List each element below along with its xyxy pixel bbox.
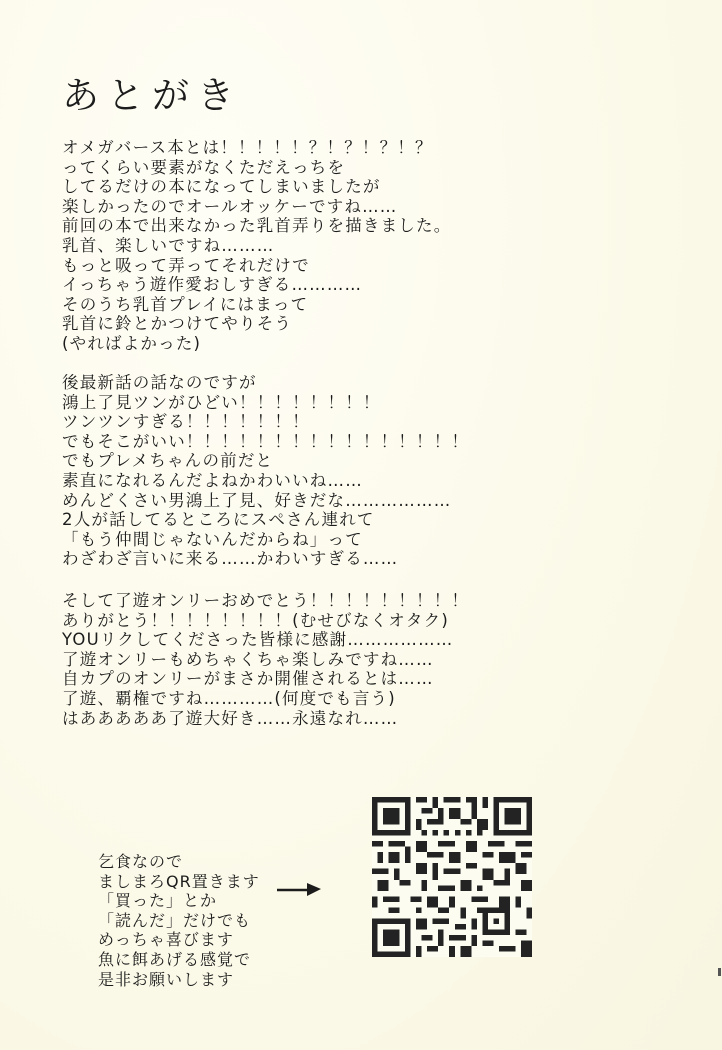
- paragraph-only-event: そして了遊オンリーおめでとう！！！！！！！！！ ありがとう！！！！！！！！(むせ…: [62, 591, 532, 728]
- text-line: ツンツンすぎる！！！！！！！: [62, 412, 532, 432]
- paragraph-omegaverse: オメガバース本とは！！！！！？！？！？！？ ってくらい要素がなくただえっちを し…: [62, 138, 532, 354]
- text-line: 楽しかったのでオールオッケーですね……: [62, 197, 532, 217]
- text-line: 「買った」とか: [98, 891, 260, 911]
- text-line: 乳首、楽しいですね………: [62, 236, 532, 256]
- text-line: めんどくさい男鴻上了見、好きだな………………: [62, 491, 532, 511]
- text-line: 「読んだ」だけでも: [98, 911, 260, 931]
- text-line: 魚に餌あげる感覚で: [98, 950, 260, 970]
- text-line: ましまろQR置きます: [98, 872, 260, 892]
- text-line: 自カプのオンリーがまさか開催されるとは……: [62, 669, 532, 689]
- text-line: イっちゃう遊作愛おしすぎる…………: [62, 275, 532, 295]
- text-line: はあああああ了遊大好き……永遠なれ……: [62, 709, 532, 729]
- text-line: 是非お願いします: [98, 970, 260, 990]
- text-line: YOUリクしてくださった皆様に感謝………………: [62, 630, 532, 650]
- text-line: 乞食なので: [98, 852, 260, 872]
- text-line: 前回の本で出来なかった乳首弄りを描きました。: [62, 216, 532, 236]
- text-line: オメガバース本とは！！！！！？！？！？！？: [62, 138, 532, 158]
- text-line: でもプレメちゃんの前だと: [62, 451, 532, 471]
- text-line: 2人が話してるところにスペさん連れて: [62, 510, 532, 530]
- text-line: 了遊、覇権ですね…………(何度でも言う): [62, 689, 532, 709]
- text-line: 素直になれるんだよねかわいいね……: [62, 471, 532, 491]
- text-line: (やればよかった): [62, 334, 532, 354]
- afterword-page: あとがき オメガバース本とは！！！！！？！？！？！？ ってくらい要素がなくただえ…: [0, 0, 722, 1050]
- qr-code[interactable]: [372, 793, 532, 961]
- arrow-right-icon: [277, 882, 321, 898]
- text-line: もっと吸って弄ってそれだけで: [62, 256, 532, 276]
- page-title: あとがき: [62, 74, 242, 118]
- text-line: そして了遊オンリーおめでとう！！！！！！！！！: [62, 591, 532, 611]
- text-line: 了遊オンリーもめちゃくちゃ楽しみですね……: [62, 650, 532, 670]
- page-edge-mark: [718, 968, 721, 976]
- text-line: そのうち乳首プレイにはまって: [62, 295, 532, 315]
- text-line: 後最新話の話なのですが: [62, 373, 532, 393]
- text-line: でもそこがいい！！！！！！！！！！！！！！！！: [62, 432, 532, 452]
- text-line: 鴻上了見ツンがひどい！！！！！！！！: [62, 393, 532, 413]
- text-line: ありがとう！！！！！！！！(むせびなくオタク): [62, 611, 532, 631]
- paragraph-latest-episode: 後最新話の話なのですが 鴻上了見ツンがひどい！！！！！！！！ ツンツンすぎる！！…: [62, 373, 532, 569]
- text-line: わざわざ言いに来る……かわいすぎる……: [62, 549, 532, 569]
- qr-note: 乞食なので ましまろQR置きます 「買った」とか 「読んだ」だけでも めっちゃ喜…: [98, 852, 260, 989]
- text-line: 乳首に鈴とかつけてやりそう: [62, 314, 532, 334]
- text-line: してるだけの本になってしまいましたが: [62, 177, 532, 197]
- text-line: 「もう仲間じゃないんだからね」って: [62, 530, 532, 550]
- text-line: めっちゃ喜びます: [98, 930, 260, 950]
- text-line: ってくらい要素がなくただえっちを: [62, 158, 532, 178]
